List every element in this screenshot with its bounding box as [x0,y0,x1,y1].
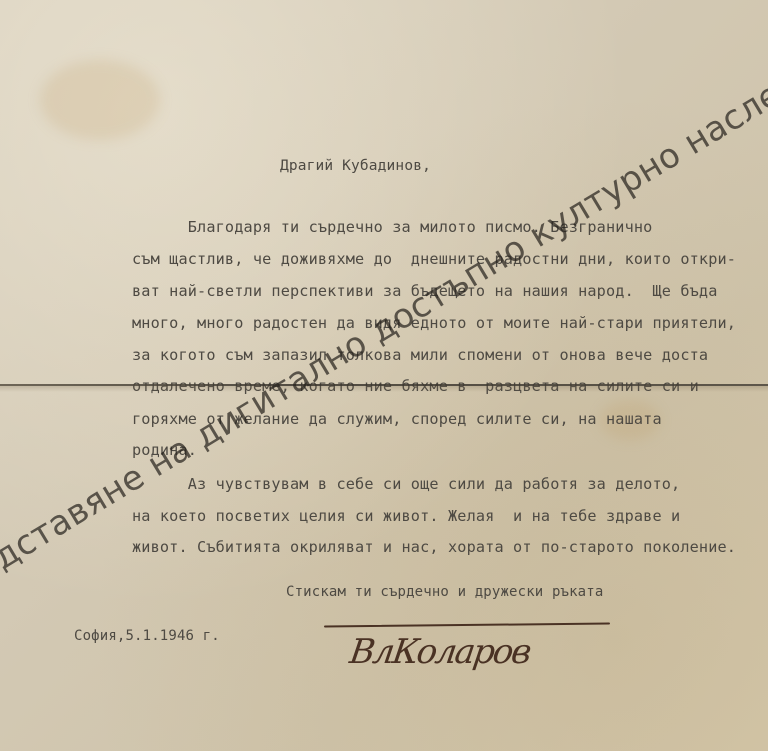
closing-line: Стискам ти сърдечно и дружески ръката [286,584,603,600]
place-date: София,5.1.1946 г. [74,628,220,644]
body-line: на което посветих целия си живот. Желая … [132,507,680,525]
signature-underline [324,623,610,628]
salutation: Драгий Кубадинов, [280,158,431,174]
body-line: живот. Събитията окриляват и нас, хората… [132,538,736,556]
body-line: съм щастлив, че доживяхме до днешните ра… [132,250,736,268]
signature: ВлКоларов [347,632,532,672]
body-line: за когото съм запазил толкова мили споме… [132,346,708,364]
paper-fold-crease [0,384,768,386]
paper-fold-shadow [0,386,768,392]
body-line: Аз чувствувам в себе си още сили да рабо… [132,475,680,493]
